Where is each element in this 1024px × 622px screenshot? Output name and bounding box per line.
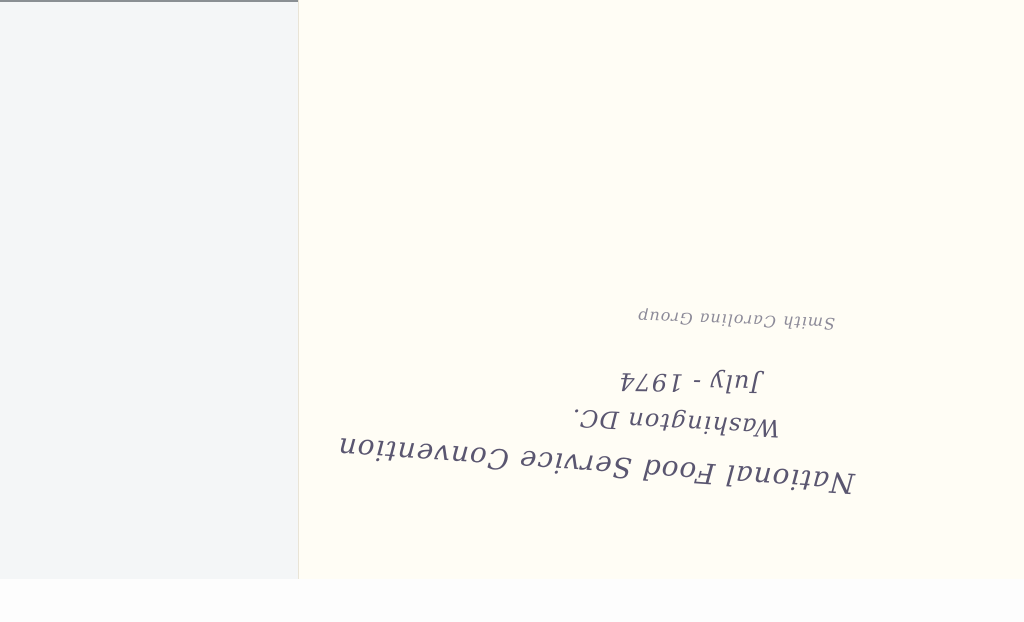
scanner-bottom-margin xyxy=(0,579,1024,622)
scanner-edge-strip xyxy=(0,0,299,2)
scanner-background xyxy=(0,0,299,579)
paper-sheet xyxy=(299,0,1024,579)
handwritten-line-date: July - 1974 xyxy=(560,366,760,397)
